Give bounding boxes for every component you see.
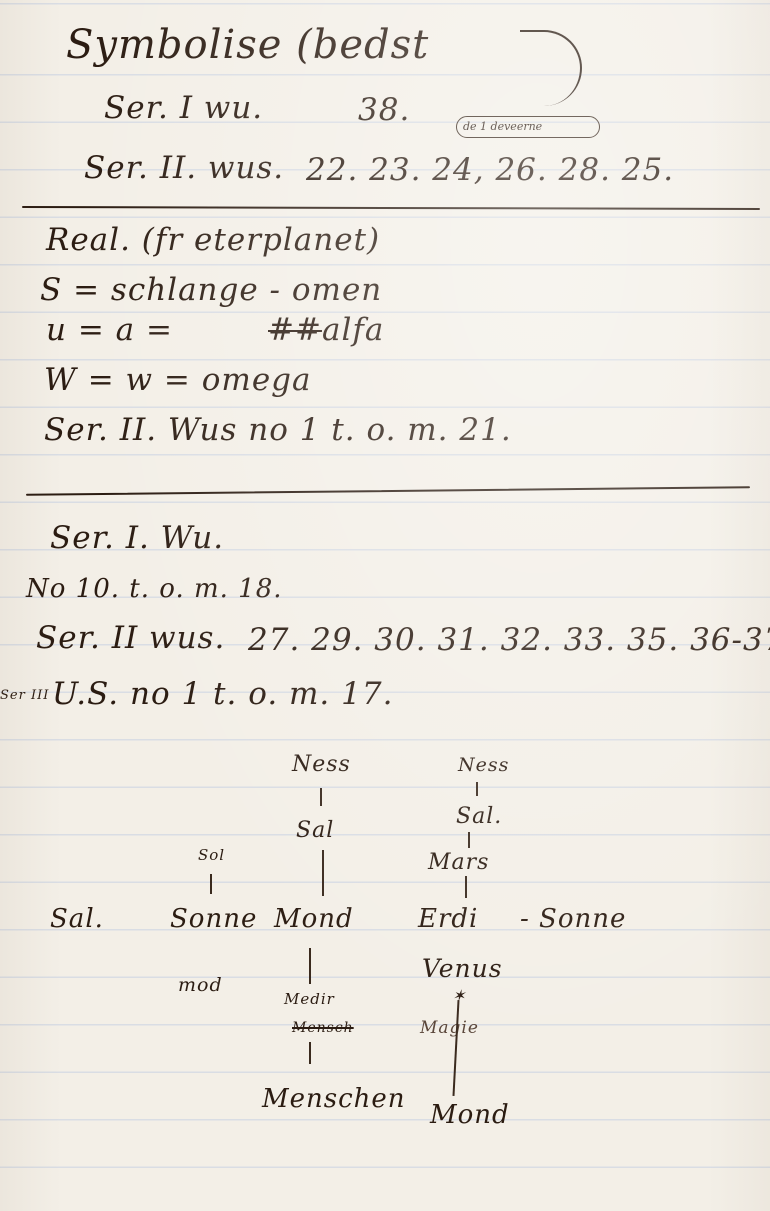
connector	[320, 788, 322, 806]
section1-line1-number: 38.	[358, 92, 410, 128]
section3-line4: U.S. no 1 t. o. m. 17.	[52, 676, 393, 712]
section2-line3: W = w = omega	[44, 362, 312, 398]
diagram-mensch-crossed: Mensch	[292, 1020, 354, 1036]
diagram-menschen: Menschen	[262, 1084, 406, 1114]
star-icon: ✶	[452, 986, 466, 1005]
section2-line1: S = schlange - omen	[40, 272, 382, 308]
diagram-venus: Venus	[422, 954, 503, 983]
diagram-magie: Magie	[420, 1018, 479, 1038]
diagram-sol: Sol	[198, 846, 225, 864]
section3-line3-label: Ser. II wus.	[36, 620, 225, 656]
connector	[476, 782, 478, 796]
diagram-sonne-right: - Sonne	[520, 904, 626, 934]
section3-line4-prefix: Ser III	[0, 688, 49, 703]
diagram-mars: Mars	[428, 850, 489, 875]
title-arrow-bracket	[520, 30, 582, 106]
connector	[468, 832, 470, 848]
connector	[465, 876, 467, 898]
diagram-sal: Sal.	[50, 904, 104, 934]
section2-line2-right: alfa	[322, 312, 384, 348]
section2-line2-left: u = a =	[46, 312, 173, 348]
diagram-medir: Medir	[284, 990, 335, 1008]
diagram-erdi-ness: Ness	[458, 754, 509, 776]
divider-rule-2	[26, 486, 750, 496]
connector	[309, 1042, 311, 1064]
section2-title: Real. (fr eterplanet)	[46, 222, 380, 258]
circled-note: de 1 deveerne	[456, 116, 600, 138]
connector	[452, 1000, 459, 1096]
section2-line2-crossed: ##	[268, 312, 322, 348]
notebook-page: Symbolise (bedst Ser. I wu. 38. de 1 dev…	[0, 0, 770, 1211]
diagram-mond: Mond	[274, 904, 354, 934]
section1-title: Symbolise (bedst	[66, 22, 429, 68]
section3-line2: No 10. t. o. m. 18.	[26, 574, 283, 604]
diagram-erdi: Erdi	[418, 904, 478, 934]
connector	[210, 874, 212, 894]
section1-line1-label: Ser. I wu.	[104, 90, 263, 126]
connector	[322, 850, 324, 896]
section2-line4: Ser. II. Wus no 1 t. o. m. 21.	[44, 412, 512, 448]
diagram-mond-bottom: Mond	[430, 1100, 510, 1130]
section3-line1: Ser. I. Wu.	[50, 520, 224, 556]
section1-line2-label: Ser. II. wus.	[84, 150, 284, 186]
section3-line3-numbers: 27. 29. 30. 31. 32. 33. 35. 36-37.	[248, 622, 770, 658]
diagram-erdi-sal: Sal.	[456, 804, 502, 829]
connector	[309, 948, 311, 984]
diagram-sonne: Sonne	[170, 904, 257, 934]
diagram-mod: mod	[178, 974, 223, 996]
diagram-mond-ness: Ness	[292, 752, 351, 777]
section1-line2-numbers: 22. 23. 24, 26. 28. 25.	[306, 152, 674, 188]
diagram-mond-sal: Sal	[296, 818, 334, 843]
divider-rule-1	[22, 206, 760, 210]
